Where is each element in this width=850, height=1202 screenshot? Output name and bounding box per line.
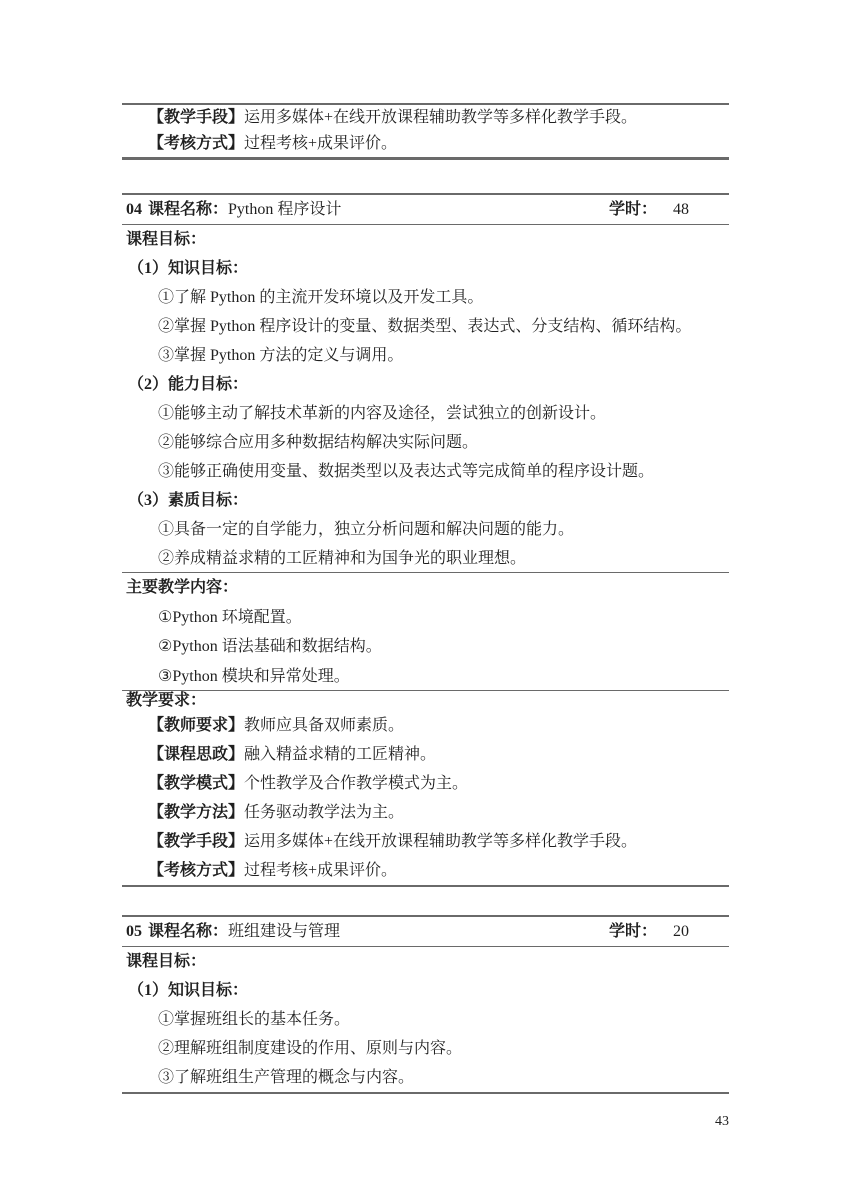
course-04-objectives-row: 课程目标： （1）知识目标： ①了解 Python 的主流开发环境以及开发工具。…	[122, 225, 729, 573]
requirement-text: 任务驱动教学法为主。	[244, 804, 404, 821]
bracket-label: 【教学方法】	[148, 804, 244, 821]
content-heading: 主要教学内容：	[122, 573, 729, 603]
bracket-label: 【考核方式】	[148, 862, 244, 879]
objectives-heading: 课程目标：	[122, 947, 729, 976]
course-05-hours: 学时：20	[609, 917, 689, 947]
objective-item: ③能够正确使用变量、数据类型以及表达式等完成简单的程序设计题。	[122, 457, 729, 486]
objective-item: ②掌握 Python 程序设计的变量、数据类型、表达式、分支结构、循环结构。	[122, 312, 729, 341]
hours-label: 学时：	[609, 201, 657, 218]
requirement-text: 过程考核+成果评价。	[244, 135, 397, 152]
objective-item: ②养成精益求精的工匠精神和为国争光的职业理想。	[122, 544, 729, 573]
course-name: Python 程序设计	[228, 201, 341, 218]
requirement-line: 【教师要求】教师应具备双师素质。	[122, 711, 729, 740]
objective-item: ②能够综合应用多种数据结构解决实际问题。	[122, 428, 729, 457]
requirement-text: 融入精益求精的工匠精神。	[244, 746, 436, 763]
objective-item: ①具备一定的自学能力，独立分析问题和解决问题的能力。	[122, 515, 729, 544]
objective-group-heading: （1）知识目标：	[122, 976, 729, 1005]
page-number: 43	[122, 1112, 729, 1132]
requirement-line: 【教学手段】运用多媒体+在线开放课程辅助教学等多样化教学手段。	[122, 827, 729, 856]
requirement-text: 个性教学及合作教学模式为主。	[244, 775, 468, 792]
objective-item: ①掌握班组长的基本任务。	[122, 1005, 729, 1034]
hours-value: 48	[673, 201, 689, 218]
requirement-text: 过程考核+成果评价。	[244, 862, 397, 879]
requirements-heading: 教学要求：	[122, 691, 729, 711]
course-04-content-row: 主要教学内容： ①Python 环境配置。 ②Python 语法基础和数据结构。…	[122, 573, 729, 691]
course-05-title: 05课程名称：班组建设与管理	[126, 917, 340, 947]
bracket-label: 【教学手段】	[148, 109, 244, 126]
objective-item: ①能够主动了解技术革新的内容及途径，尝试独立的创新设计。	[122, 399, 729, 428]
requirement-line: 【教学方法】任务驱动教学法为主。	[122, 798, 729, 827]
course-code: 05	[126, 923, 142, 940]
objective-item: ②理解班组制度建设的作用、原则与内容。	[122, 1034, 729, 1063]
objective-group-heading: （2）能力目标：	[122, 370, 729, 399]
course-04-title: 04课程名称：Python 程序设计	[126, 195, 341, 225]
requirement-text: 教师应具备双师素质。	[244, 717, 404, 734]
objective-item: ③了解班组生产管理的概念与内容。	[122, 1063, 729, 1092]
requirement-line: 【课程思政】融入精益求精的工匠精神。	[122, 740, 729, 769]
document-page: 【教学手段】运用多媒体+在线开放课程辅助教学等多样化教学手段。 【考核方式】过程…	[0, 0, 850, 1202]
bracket-label: 【教学手段】	[148, 833, 244, 850]
objective-item: ①了解 Python 的主流开发环境以及开发工具。	[122, 283, 729, 312]
course-04-requirements-row: 教学要求： 【教师要求】教师应具备双师素质。 【课程思政】融入精益求精的工匠精神…	[122, 691, 729, 885]
course-04-table: 04课程名称：Python 程序设计 学时：48 课程目标： （1）知识目标： …	[122, 193, 729, 887]
requirement-text: 运用多媒体+在线开放课程辅助教学等多样化教学手段。	[244, 833, 637, 850]
content-item: ①Python 环境配置。	[122, 603, 729, 633]
content-item: ③Python 模块和异常处理。	[122, 662, 729, 692]
bracket-label: 【教学模式】	[148, 775, 244, 792]
objectives-heading: 课程目标：	[122, 225, 729, 254]
course-05-table: 05课程名称：班组建设与管理 学时：20 课程目标： （1）知识目标： ①掌握班…	[122, 915, 729, 1094]
course-name-label: 课程名称：	[148, 923, 228, 940]
requirement-line: 【考核方式】过程考核+成果评价。	[122, 856, 729, 885]
bracket-label: 【考核方式】	[148, 135, 244, 152]
course-04-header-row: 04课程名称：Python 程序设计 学时：48	[122, 195, 729, 225]
course-04-hours: 学时：48	[609, 195, 689, 225]
requirement-line: 【教学模式】个性教学及合作教学模式为主。	[122, 769, 729, 798]
objective-group-heading: （3）素质目标：	[122, 486, 729, 515]
course-05-header-row: 05课程名称：班组建设与管理 学时：20	[122, 917, 729, 947]
course-name-label: 课程名称：	[148, 201, 228, 218]
hours-value: 20	[673, 923, 689, 940]
course-code: 04	[126, 201, 142, 218]
prev-course-table-fragment: 【教学手段】运用多媒体+在线开放课程辅助教学等多样化教学手段。 【考核方式】过程…	[122, 103, 729, 160]
objective-item: ③掌握 Python 方法的定义与调用。	[122, 341, 729, 370]
requirement-line: 【考核方式】过程考核+成果评价。	[122, 131, 729, 157]
objective-group-heading: （1）知识目标：	[122, 254, 729, 283]
course-05-objectives-row: 课程目标： （1）知识目标： ①掌握班组长的基本任务。 ②理解班组制度建设的作用…	[122, 947, 729, 1092]
page-content: 【教学手段】运用多媒体+在线开放课程辅助教学等多样化教学手段。 【考核方式】过程…	[122, 0, 729, 1094]
bracket-label: 【教师要求】	[148, 717, 244, 734]
bracket-label: 【课程思政】	[148, 746, 244, 763]
content-item: ②Python 语法基础和数据结构。	[122, 632, 729, 662]
requirement-line: 【教学手段】运用多媒体+在线开放课程辅助教学等多样化教学手段。	[122, 105, 729, 131]
requirement-text: 运用多媒体+在线开放课程辅助教学等多样化教学手段。	[244, 109, 637, 126]
hours-label: 学时：	[609, 923, 657, 940]
course-name: 班组建设与管理	[228, 923, 340, 940]
